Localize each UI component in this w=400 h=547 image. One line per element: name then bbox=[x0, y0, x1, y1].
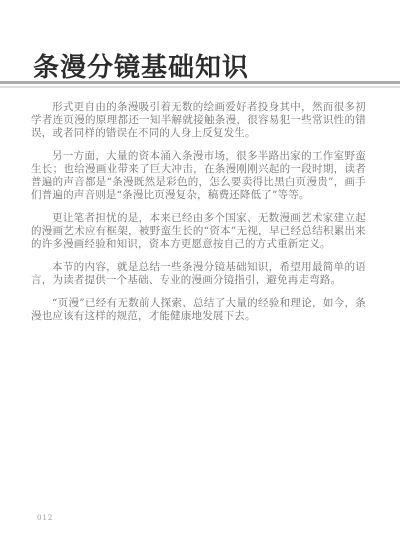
chapter-title: 条漫分镜基础知识 bbox=[33, 47, 249, 84]
body-text: 形式更自由的条漫吸引着无数的绘画爱好者投身其中，然而很多初学者连页漫的原理都还一… bbox=[31, 101, 366, 333]
body-paragraph: 本节的内容，就是总结一些条漫分镜基础知识，希望用最简单的语言，为读者提供一个基础… bbox=[31, 261, 366, 287]
body-paragraph: 更让笔者担忧的是，本来已经由多个国家、无数漫画艺术家建立起的漫画艺术应有框架，被… bbox=[31, 212, 366, 251]
page-number: 012 bbox=[37, 514, 53, 522]
title-rule-light bbox=[0, 86, 400, 88]
body-paragraph: 另一方面，大量的资本涌入条漫市场，很多半路出家的工作室野蛮生长；也给漫画业带来了… bbox=[31, 150, 366, 202]
book-page: 条漫分镜基础知识 形式更自由的条漫吸引着无数的绘画爱好者投身其中，然而很多初学者… bbox=[0, 0, 400, 547]
body-paragraph: “页漫”已经有无数前人探索、总结了大量的经验和理论，如今，条漫也应该有这样的规范… bbox=[31, 297, 366, 323]
title-rule-dark bbox=[0, 81, 400, 84]
body-paragraph: 形式更自由的条漫吸引着无数的绘画爱好者投身其中，然而很多初学者连页漫的原理都还一… bbox=[31, 101, 366, 140]
